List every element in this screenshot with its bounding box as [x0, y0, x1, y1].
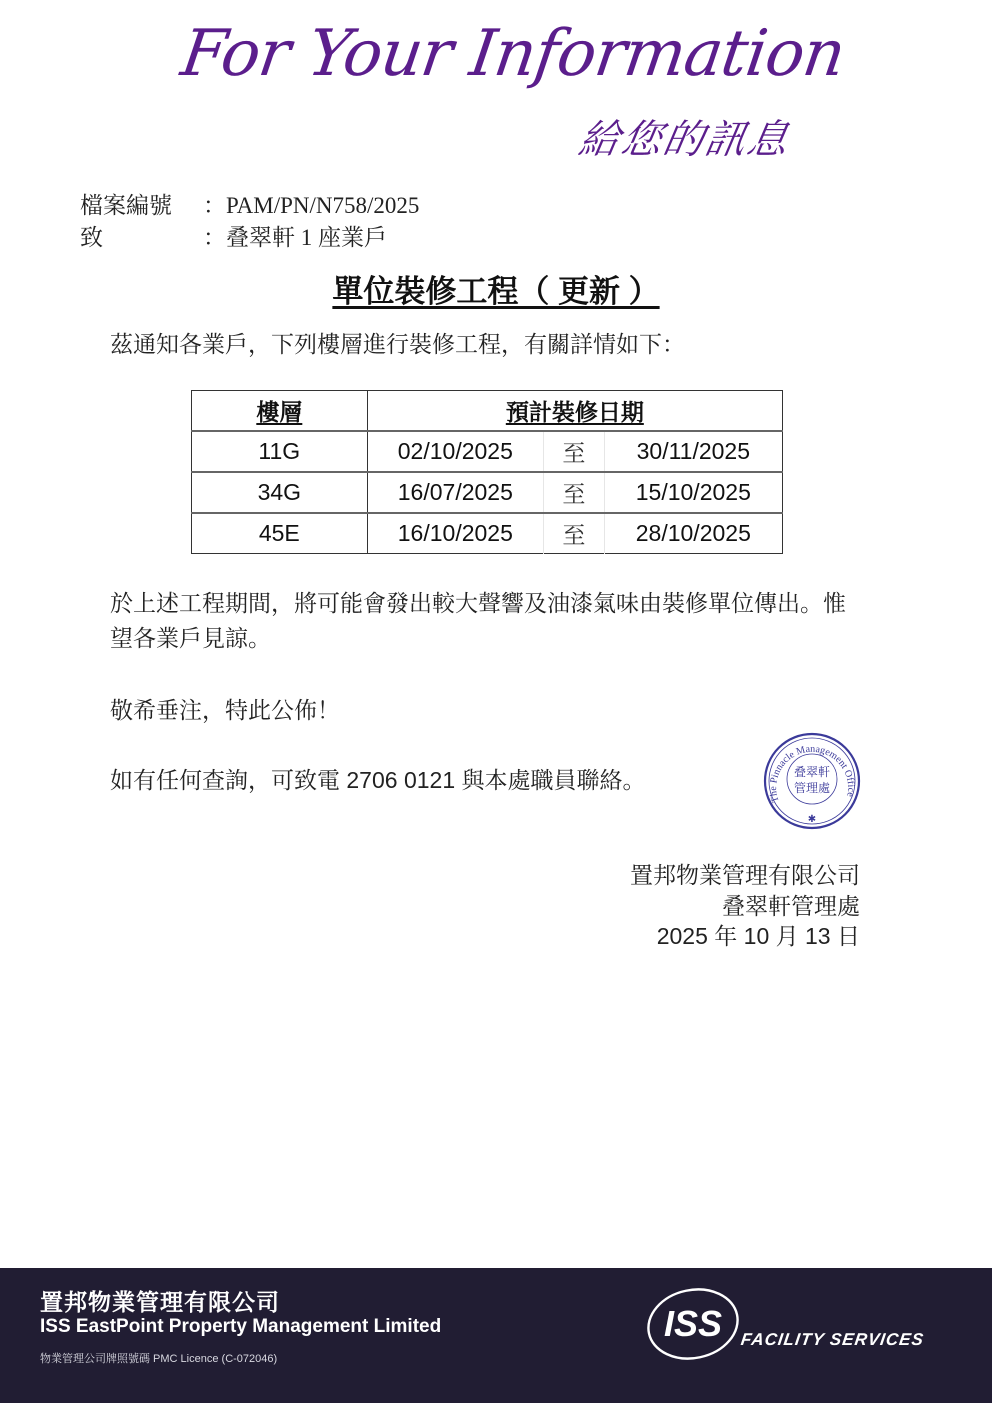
iss-logo-icon: ISS: [645, 1286, 745, 1360]
footer-licence: 物業管理公司牌照號碼 PMC Licence (C-072046): [40, 1350, 277, 1366]
header-dates: 預計裝修日期: [367, 391, 782, 432]
iss-logo-text: ISS: [664, 1303, 722, 1344]
footer-company-zh: 置邦物業管理有限公司: [40, 1284, 280, 1317]
noise-notice-line2: 望各業戶見諒。: [110, 620, 271, 656]
enquiry-paragraph: 如有任何查詢，可致電 2706 0121 與本處職員聯絡。: [110, 762, 646, 798]
footer-company-en: ISS EastPoint Property Management Limite…: [40, 1316, 441, 1338]
intro-paragraph: 茲通知各業戶，下列樓層進行裝修工程，有關詳情如下：: [110, 326, 685, 362]
management-office-stamp: The Pinnacle Management Office 叠翠軒 管理處 ✱: [762, 732, 862, 830]
floor-cell: 11G: [192, 431, 368, 472]
facility-services-tagline: FACILITY SERVICES: [740, 1330, 926, 1350]
floor-cell: 34G: [192, 472, 368, 513]
for-your-information-heading-zh: 給您的訊息: [575, 108, 795, 165]
start-date-cell: 02/10/2025: [367, 431, 543, 472]
table-row: 34G 16/07/2025 至 15/10/2025: [192, 472, 783, 513]
end-date-cell: 30/11/2025: [604, 431, 782, 472]
stamp-center-line1: 叠翠軒: [794, 764, 830, 779]
floor-cell: 45E: [192, 513, 368, 554]
to-separator: 至: [544, 472, 605, 513]
noise-notice-line1: 於上述工程期間，將可能會發出較大聲響及油漆氣味由裝修單位傳出。惟: [110, 585, 846, 621]
end-date-cell: 28/10/2025: [604, 513, 782, 554]
end-date-cell: 15/10/2025: [604, 472, 782, 513]
recipient-label: 致: [80, 222, 103, 254]
header-floor: 樓層: [192, 391, 368, 432]
signature-date: 2025 年 10 月 13 日: [657, 921, 860, 952]
footer-banner: 置邦物業管理有限公司 ISS EastPoint Property Manage…: [0, 1268, 992, 1403]
recipient-value: ：叠翠軒 1 座業戶: [203, 222, 387, 254]
file-number-label: 檔案編號: [80, 190, 172, 222]
start-date-cell: 16/07/2025: [367, 472, 543, 513]
signature-company: 置邦物業管理有限公司: [630, 860, 860, 891]
notice-title: 單位裝修工程（ 更新 ）: [0, 266, 992, 311]
file-number-value: ：PAM/PN/N758/2025: [203, 190, 419, 222]
table-header-row: 樓層 預計裝修日期: [192, 391, 783, 432]
start-date-cell: 16/10/2025: [367, 513, 543, 554]
stamp-center-line2: 管理處: [794, 780, 830, 795]
asterisk-icon: ✱: [808, 814, 816, 825]
to-separator: 至: [544, 513, 605, 554]
to-separator: 至: [544, 431, 605, 472]
closing-remark: 敬希垂注，特此公佈！: [110, 692, 340, 728]
table-row: 45E 16/10/2025 至 28/10/2025: [192, 513, 783, 554]
signature-office: 叠翠軒管理處: [722, 891, 860, 922]
renovation-schedule-table: 樓層 預計裝修日期 11G 02/10/2025 至 30/11/2025 34…: [191, 390, 783, 554]
table-row: 11G 02/10/2025 至 30/11/2025: [192, 431, 783, 472]
